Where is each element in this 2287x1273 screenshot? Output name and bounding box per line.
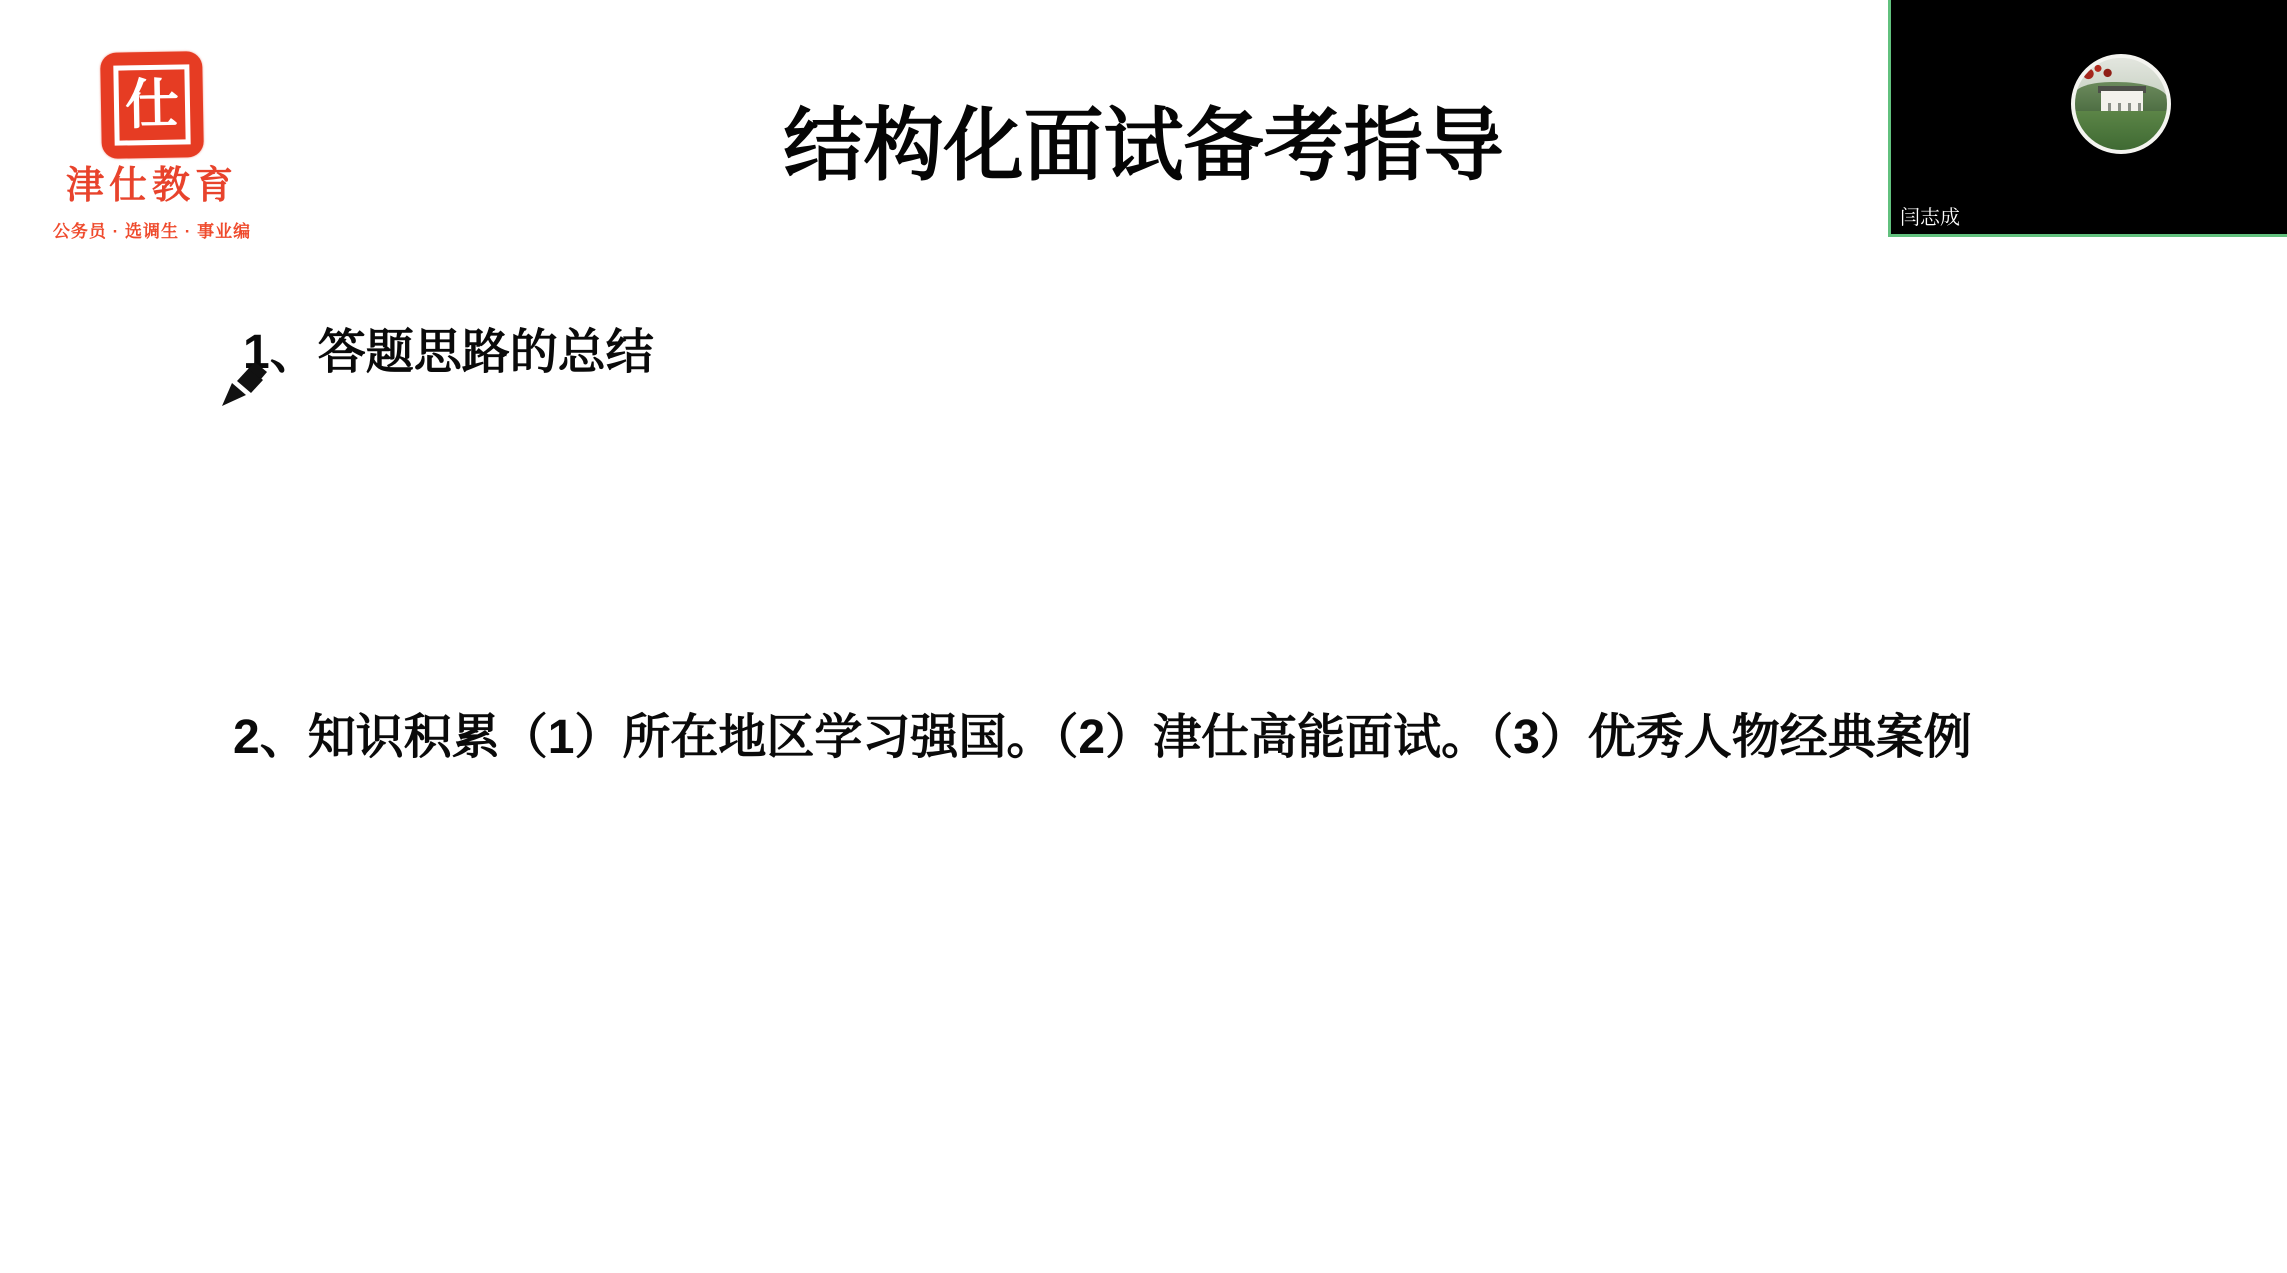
avatar-house: [2101, 91, 2143, 113]
brand-tagline: 公务员 · 选调生 · 事业编: [40, 217, 264, 242]
avatar-red-mark: [2082, 63, 2113, 81]
bullet-2: 2、知识积累（1）所在地区学习强国。（2）津仕高能面试。（3）优秀人物经典案例: [233, 708, 1972, 768]
participant-name-label: 闫志成: [1900, 206, 1960, 230]
pen-cursor-icon: [215, 348, 281, 414]
participant-video-tile[interactable]: 闫志成: [1888, 0, 2287, 237]
avatar-field: [2075, 111, 2167, 150]
bullet-1: 1、答题思路的总结: [243, 323, 654, 383]
screen-share-slide: 仕 津仕教育 公务员 · 选调生 · 事业编 结构化面试备考指导 1、答题思路的…: [0, 0, 2287, 1273]
participant-avatar: [2071, 54, 2171, 154]
